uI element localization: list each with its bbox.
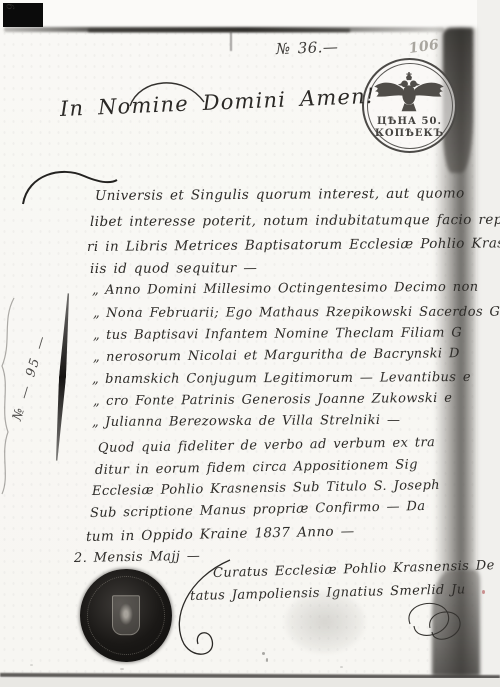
quote-mark: „ [92,283,99,298]
speckle [340,666,343,668]
record-line: „Nona Februarii; Ego Mathaus Rzepikowski… [93,305,500,321]
seal-shield [112,595,140,635]
church-seal [80,569,172,662]
signature-flourish-right [398,596,468,648]
torn-top-edge-dark [88,29,350,32]
imperial-eagle-icon [372,71,446,113]
intro-line: Universis et Singulis quorum interest, a… [95,185,465,204]
quote-mark: „ [93,328,100,343]
quote-mark: „ [93,350,100,365]
quote-mark: „ [93,306,100,321]
ghost-stamp-smudge [284,590,366,654]
margin-scribble [0,290,18,500]
record-line: „Julianna Berezowska de Villa Strelniki … [92,413,400,430]
record-line: „bnamskich Conjugum Legitimorum — Levant… [92,370,471,387]
speckle [120,668,124,670]
fold-mark [230,31,232,51]
record-line: „cro Fonte Patrinis Generosis Joanne Zuk… [93,391,452,409]
intro-line: iis id quod sequitur — [90,260,257,277]
scanner-background [477,0,500,687]
document-scan: 6 № 36.— 106 ЦѢНА 50. КОПѢЕКЪ [0,0,500,687]
quote-mark: „ [92,415,99,430]
stamp-price-line2: КОПѢЕКЪ [364,128,455,139]
stamp-price-line1: ЦѢНА 50. [364,116,455,127]
pink-speck [482,590,485,594]
quote-mark: „ [93,394,100,409]
revenue-stamp: ЦѢНА 50. КОПѢЕКЪ [362,58,457,153]
intro-line: libet interesse poterit, notum indubitat… [90,212,500,230]
doc-number: № 36.— [276,38,339,58]
speckle [262,652,265,655]
record-line: „tus Baptisavi Infantem Nomine Theclam F… [93,325,462,343]
quote-mark: „ [92,372,99,387]
speckle [30,664,33,666]
speckle [266,658,268,662]
below-page-edge [0,678,500,687]
corner-mark: 6 [4,3,16,11]
